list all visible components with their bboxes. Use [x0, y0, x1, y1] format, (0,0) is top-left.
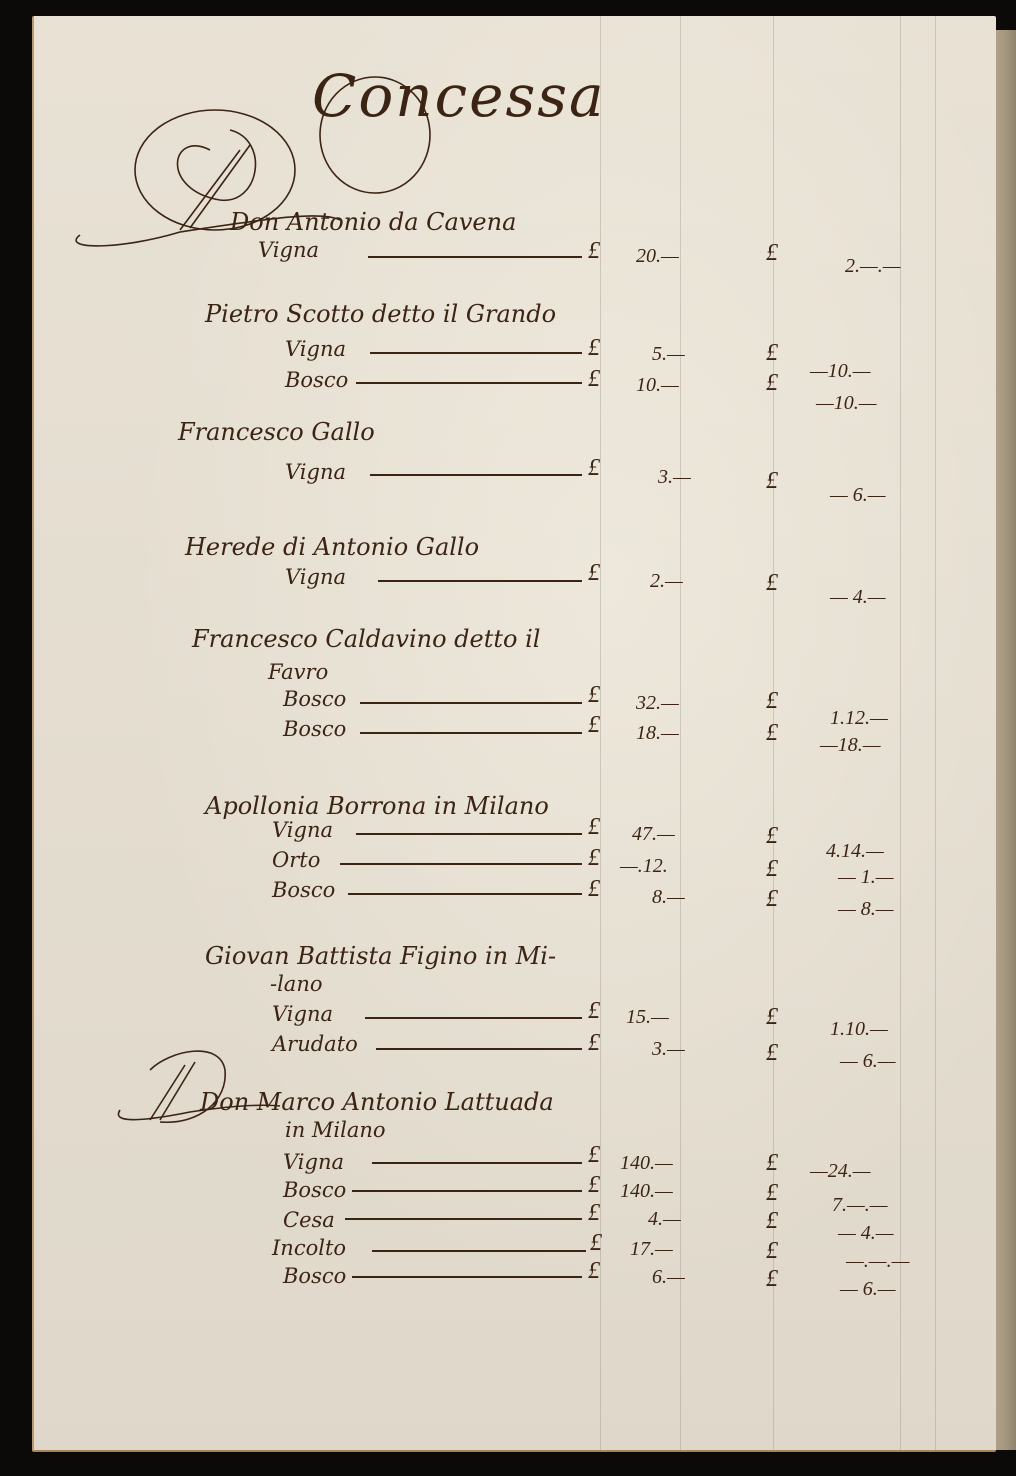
page-title: Concessa: [312, 62, 606, 130]
currency-symbol: £: [590, 1230, 602, 1257]
entry-amount: — 6.—: [840, 1050, 896, 1073]
entry-item-label: Vigna: [272, 818, 333, 842]
entry-name: Don Antonio da Cavena: [230, 208, 516, 236]
entry-value: 10.—: [636, 374, 679, 397]
leader-line: [360, 732, 582, 734]
entry-amount: — 4.—: [830, 586, 886, 609]
entry-name: Francesco Caldavino detto il: [192, 625, 540, 653]
currency-symbol: £: [766, 1238, 778, 1265]
currency-symbol: £: [588, 845, 600, 872]
entry-value: 32.—: [636, 692, 679, 715]
currency-symbol: £: [766, 1150, 778, 1177]
currency-symbol: £: [588, 560, 600, 587]
entry-name: Francesco Gallo: [178, 418, 375, 446]
entry-item-label: Vigna: [283, 1150, 344, 1174]
leader-line: [348, 893, 582, 895]
currency-symbol: £: [766, 370, 778, 397]
entry-item-label: Bosco: [285, 368, 348, 392]
leader-line: [365, 1017, 582, 1019]
entry-value: 17.—: [630, 1238, 673, 1261]
leader-line: [378, 580, 582, 582]
leader-line: [370, 474, 582, 476]
currency-symbol: £: [766, 823, 778, 850]
leader-line: [340, 863, 582, 865]
currency-symbol: £: [766, 688, 778, 715]
currency-symbol: £: [588, 814, 600, 841]
entry-amount: —24.—: [810, 1160, 871, 1183]
leader-line: [370, 352, 582, 354]
entry-amount: — 6.—: [840, 1278, 896, 1301]
currency-symbol: £: [766, 856, 778, 883]
currency-symbol: £: [588, 455, 600, 482]
currency-symbol: £: [766, 340, 778, 367]
entry-value: 5.—: [652, 343, 685, 366]
entry-item-label: Bosco: [283, 1178, 346, 1202]
entry-amount: — 8.—: [838, 898, 894, 921]
currency-symbol: £: [766, 1266, 778, 1293]
currency-symbol: £: [766, 1208, 778, 1235]
entry-amount: 7.—.—: [832, 1194, 888, 1217]
currency-symbol: £: [766, 1180, 778, 1207]
ruled-line: [680, 16, 681, 1450]
entry-value: 6.—: [652, 1266, 685, 1289]
currency-symbol: £: [766, 468, 778, 495]
entry-name: Pietro Scotto detto il Grando: [205, 300, 556, 328]
entry-item-label: Bosco: [283, 1264, 346, 1288]
currency-symbol: £: [588, 1258, 600, 1285]
currency-symbol: £: [588, 238, 600, 265]
leader-line: [372, 1162, 582, 1164]
entry-amount: —10.—: [810, 360, 871, 383]
entry-amount: 2.—.—: [845, 255, 901, 278]
entry-amount: — 4.—: [838, 1222, 894, 1245]
entry-value: 20.—: [636, 245, 679, 268]
entry-item-label: Incolto: [272, 1236, 346, 1260]
ruled-line: [900, 16, 901, 1450]
entry-item-label: Vigna: [272, 1002, 333, 1026]
entry-item-label: Vigna: [285, 337, 346, 361]
leader-line: [372, 1250, 586, 1252]
leader-line: [368, 256, 582, 258]
entry-item-label: Vigna: [285, 460, 346, 484]
entry-amount: —18.—: [820, 734, 881, 757]
entry-item-label: Bosco: [283, 687, 346, 711]
currency-symbol: £: [766, 886, 778, 913]
currency-symbol: £: [766, 720, 778, 747]
leader-line: [356, 382, 582, 384]
entry-amount: 1.10.—: [830, 1018, 888, 1041]
leader-line: [352, 1276, 582, 1278]
currency-symbol: £: [588, 682, 600, 709]
entry-name: Don Marco Antonio Lattuada: [200, 1088, 554, 1116]
flourish-initial-d-icon: [110, 1040, 330, 1130]
entry-value: 15.—: [626, 1006, 669, 1029]
leader-line: [345, 1218, 582, 1220]
entry-name: Giovan Battista Figino in Mi-: [205, 942, 556, 970]
entry-value: 8.—: [652, 886, 685, 909]
currency-symbol: £: [766, 240, 778, 267]
currency-symbol: £: [588, 366, 600, 393]
entry-value: 140.—: [620, 1180, 673, 1203]
currency-symbol: £: [588, 1200, 600, 1227]
currency-symbol: £: [588, 712, 600, 739]
entry-item-label: Vigna: [258, 238, 319, 262]
currency-symbol: £: [766, 570, 778, 597]
entry-item-label: Orto: [272, 848, 320, 872]
entry-amount: 4.14.—: [826, 840, 884, 863]
leader-line: [352, 1190, 582, 1192]
currency-symbol: £: [588, 335, 600, 362]
entry-name-continued: in Milano: [285, 1118, 386, 1142]
currency-symbol: £: [766, 1004, 778, 1031]
entry-value: 3.—: [658, 466, 691, 489]
leader-line: [356, 833, 582, 835]
ruled-line: [935, 16, 936, 1450]
currency-symbol: £: [588, 998, 600, 1025]
entry-item-label: Cesa: [283, 1208, 335, 1232]
currency-symbol: £: [766, 1040, 778, 1067]
currency-symbol: £: [588, 1030, 600, 1057]
currency-symbol: £: [588, 1142, 600, 1169]
leader-line: [360, 702, 582, 704]
entry-item-label: Bosco: [272, 878, 335, 902]
entry-amount: —.—.—: [846, 1250, 909, 1273]
entry-amount: — 1.—: [838, 866, 894, 889]
entry-name: Herede di Antonio Gallo: [185, 533, 479, 561]
entry-amount: — 6.—: [830, 484, 886, 507]
entry-name-continued: -lano: [270, 972, 323, 996]
entry-value: 4.—: [648, 1208, 681, 1231]
entry-name-continued: Favro: [268, 660, 328, 684]
leader-line: [376, 1048, 582, 1050]
entry-value: 140.—: [620, 1152, 673, 1175]
entry-value: —.12.: [620, 855, 668, 878]
entry-amount: 1.12.—: [830, 707, 888, 730]
entry-item-label: Bosco: [283, 717, 346, 741]
entry-amount: —10.—: [816, 392, 877, 415]
entry-item-label: Vigna: [285, 565, 346, 589]
entry-value: 47.—: [632, 823, 675, 846]
entry-value: 2.—: [650, 570, 683, 593]
currency-symbol: £: [588, 1172, 600, 1199]
entry-name: Apollonia Borrona in Milano: [205, 792, 549, 820]
entry-value: 18.—: [636, 722, 679, 745]
currency-symbol: £: [588, 876, 600, 903]
entry-value: 3.—: [652, 1038, 685, 1061]
